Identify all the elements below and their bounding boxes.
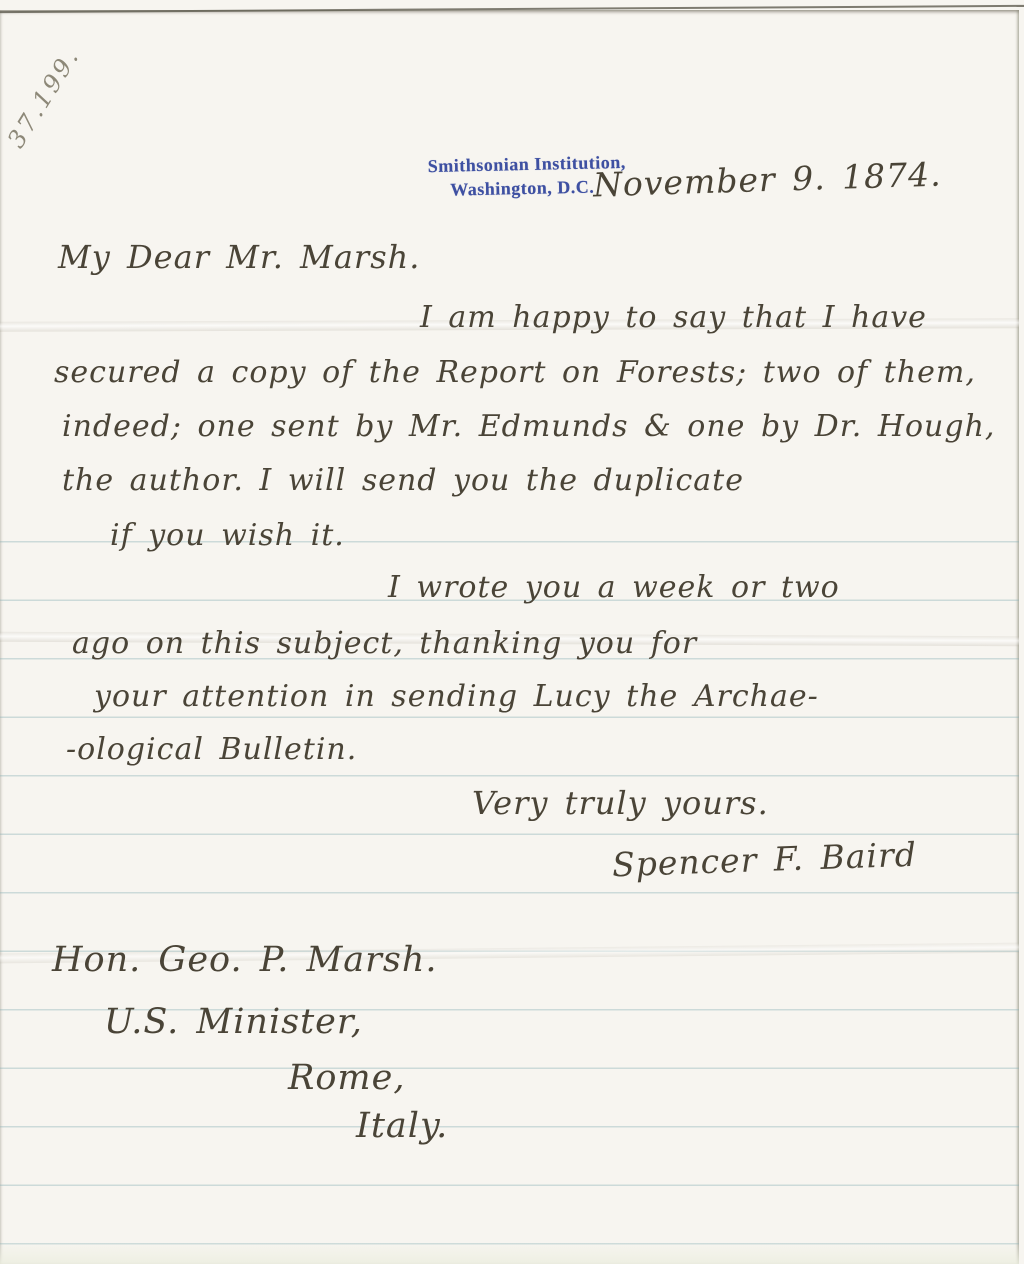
recipient-country: Italy. [356, 1106, 448, 1146]
date-line: November 9. 1874. [592, 155, 942, 205]
letter-paper-sheet: 37.199. Smithsonian Institution, Washing… [0, 10, 1019, 1264]
body-line: secured a copy of the Report on Forests;… [54, 355, 976, 390]
paper-bottom-edge [0, 1242, 1019, 1264]
body-line: the author. I will send you the duplicat… [62, 463, 744, 498]
recipient-city: Rome, [288, 1058, 405, 1098]
body-line: indeed; one sent by Mr. Edmunds & one by… [62, 409, 995, 444]
body-line: I am happy to say that I have [420, 300, 927, 335]
letter-scan: 37.199. Smithsonian Institution, Washing… [0, 0, 1024, 1264]
recipient-title: U.S. Minister, [104, 1002, 363, 1042]
body-line: your attention in sending Lucy the Archa… [94, 679, 819, 714]
body-line: I wrote you a week or two [388, 570, 840, 605]
pencil-catalog-number: 37.199. [2, 43, 85, 153]
recipient-name: Hon. Geo. P. Marsh. [52, 940, 438, 980]
body-line: ago on this subject, thanking you for [72, 626, 697, 661]
salutation: My Dear Mr. Marsh. [58, 238, 420, 276]
body-line: if you wish it. [110, 518, 345, 553]
body-line: -ological Bulletin. [66, 732, 357, 767]
closing-valediction: Very truly yours. [472, 784, 769, 822]
signature: Spencer F. Baird [611, 835, 917, 885]
